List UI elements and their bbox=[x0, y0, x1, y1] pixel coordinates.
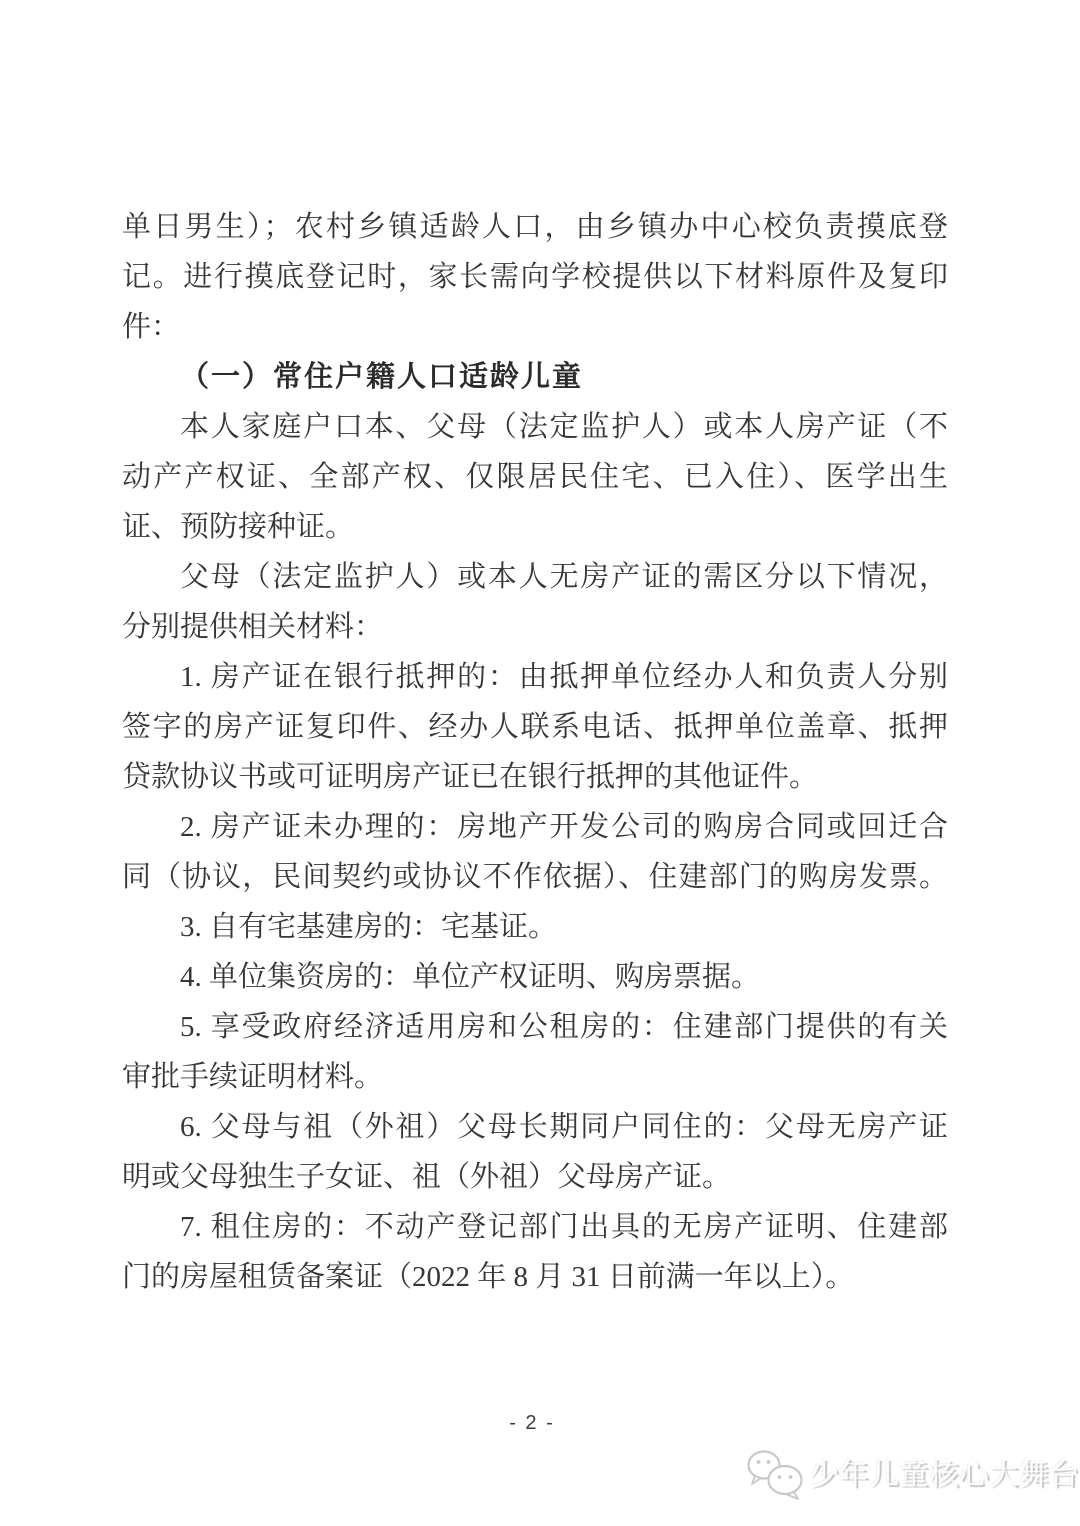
text-line: 动产产权证、全部产权、仅限居民住宅、已入住）、医学出生 bbox=[122, 452, 948, 502]
document-page: 单日男生）；农村乡镇适龄人口，由乡镇办中心校负责摸底登记。进行摸底登记时，家长需… bbox=[0, 0, 1080, 1526]
page-footer: - 2 - bbox=[0, 1412, 1064, 1435]
document-body: 单日男生）；农村乡镇适龄人口，由乡镇办中心校负责摸底登记。进行摸底登记时，家长需… bbox=[122, 202, 948, 1302]
text-line: 6. 父母与祖（外祖）父母长期同户同住的：父母无房产证 bbox=[122, 1102, 948, 1152]
wechat-icon bbox=[745, 1449, 809, 1501]
text-line: 7. 租住房的：不动产登记部门出具的无房产证明、住建部 bbox=[122, 1202, 948, 1252]
text-line: 记。进行摸底登记时，家长需向学校提供以下材料原件及复印 bbox=[122, 252, 948, 302]
text-line: 3. 自有宅基建房的：宅基证。 bbox=[122, 902, 948, 952]
text-line: 同（协议，民间契约或协议不作依据）、住建部门的购房发票。 bbox=[122, 852, 948, 902]
text-line: 贷款协议书或可证明房产证已在银行抵押的其他证件。 bbox=[122, 752, 948, 802]
text-line: 5. 享受政府经济适用房和公租房的：住建部门提供的有关 bbox=[122, 1002, 948, 1052]
text-line: 单日男生）；农村乡镇适龄人口，由乡镇办中心校负责摸底登 bbox=[122, 202, 948, 252]
text-line: 2. 房产证未办理的：房地产开发公司的购房合同或回迁合 bbox=[122, 802, 948, 852]
text-line: 父母（法定监护人）或本人无房产证的需区分以下情况， bbox=[122, 552, 948, 602]
text-line: 件： bbox=[122, 302, 948, 352]
page-number: - 2 - bbox=[509, 1412, 555, 1434]
text-line: 1. 房产证在银行抵押的：由抵押单位经办人和负责人分别 bbox=[122, 652, 948, 702]
text-line: （一）常住户籍人口适龄儿童 bbox=[122, 352, 948, 402]
text-line: 4. 单位集资房的：单位产权证明、购房票据。 bbox=[122, 952, 948, 1002]
text-line: 审批手续证明材料。 bbox=[122, 1052, 948, 1102]
text-line: 签字的房产证复印件、经办人联系电话、抵押单位盖章、抵押 bbox=[122, 702, 948, 752]
watermark: 少年儿童核心大舞台 bbox=[745, 1448, 1079, 1502]
watermark-text: 少年儿童核心大舞台 bbox=[809, 1449, 1079, 1501]
text-line: 证、预防接种证。 bbox=[122, 502, 948, 552]
text-line: 分别提供相关材料： bbox=[122, 602, 948, 652]
text-line: 本人家庭户口本、父母（法定监护人）或本人房产证（不 bbox=[122, 402, 948, 452]
text-line: 明或父母独生子女证、祖（外祖）父母房产证。 bbox=[122, 1152, 948, 1202]
text-line: 门的房屋租赁备案证（2022 年 8 月 31 日前满一年以上）。 bbox=[122, 1252, 948, 1302]
